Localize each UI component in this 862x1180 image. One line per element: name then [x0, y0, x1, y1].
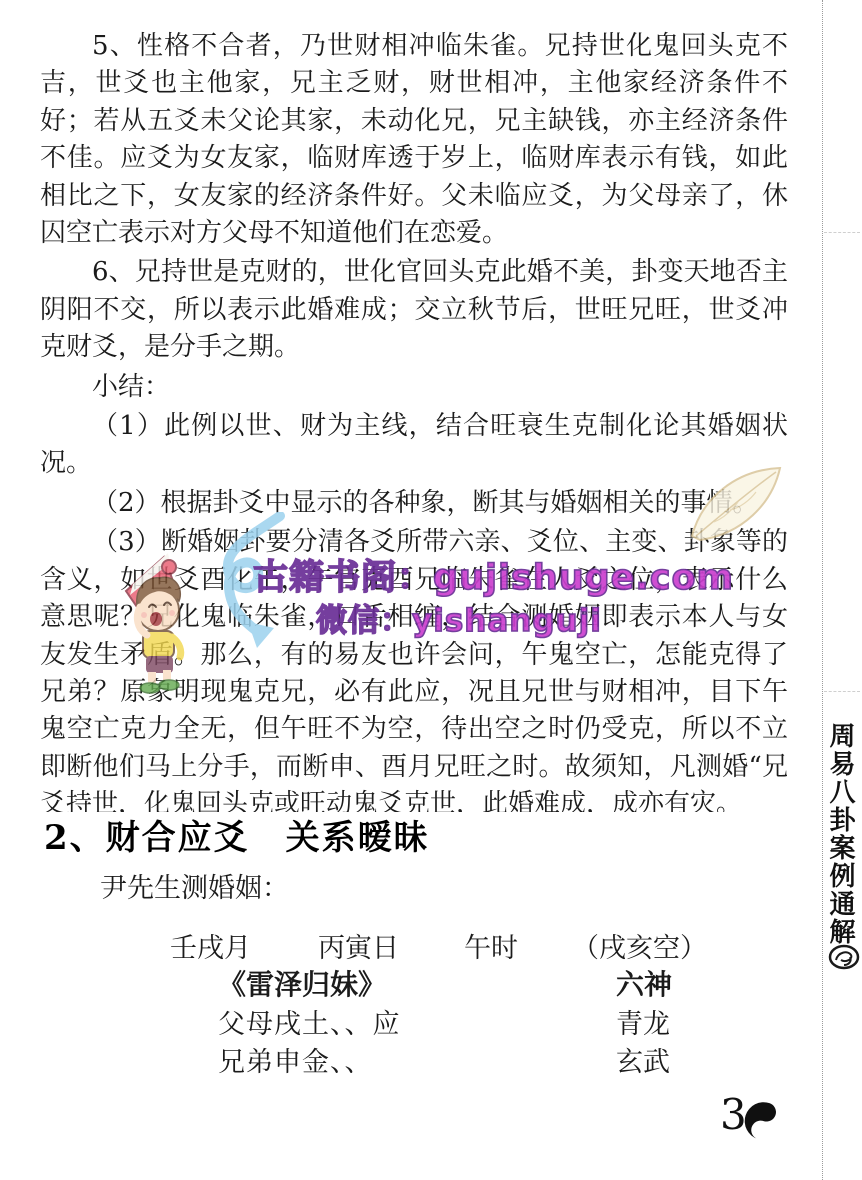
leaf-decoration-icon — [684, 458, 792, 554]
watermark-site-text: 古籍书阁：gujishuge.com — [253, 550, 734, 600]
date-cell: 壬戌月 — [170, 926, 251, 965]
yao-text: 兄弟申金、、 — [218, 1040, 373, 1079]
spine-dashed-line — [822, 0, 823, 1180]
paragraph: 6、兄持世是克财的，世化官回头克此婚不美，卦变天地否主阴阳不交，所以表示此婚难成… — [40, 254, 788, 366]
paragraph: 小结： — [40, 369, 788, 406]
hexagram-name: 《雷泽归妹》 — [218, 963, 386, 1003]
date-cell: 丙寅日 — [318, 926, 399, 965]
fold-mark — [824, 691, 860, 692]
mascot-boy-illustration — [106, 543, 218, 705]
hexagram-date-row: 壬戌月丙寅日午时（戌亥空） — [0, 926, 862, 962]
liushen-text: 青龙 — [616, 1002, 670, 1041]
paragraph: 5、性格不合者，乃世财相冲临朱雀。兄持世化鬼回头克不吉，世爻也主他家，兄主乏财，… — [40, 28, 788, 252]
paragraph: （2）根据卦爻中显示的各种象，断其与婚姻相关的事情。 — [40, 485, 788, 522]
liushen-text: 玄武 — [616, 1040, 670, 1079]
date-cell: （戌亥空） — [572, 926, 707, 965]
intro-line: 尹先生测婚姻： — [100, 866, 289, 905]
book-title-vertical: 周易八卦案例通解 — [827, 722, 859, 954]
hexagram-header-row: 《雷泽归妹》 六神 — [0, 963, 862, 1001]
section-heading: 2、财合应爻 关系暧昧 — [44, 810, 430, 859]
scanned-book-page: 5、性格不合者，乃世财相冲临朱雀。兄持世化鬼回头克不吉，世爻也主他家，兄主乏财，… — [0, 0, 862, 1180]
yao-row: 父母戌土、、应 青龙 — [0, 1002, 862, 1038]
dragon-seal-icon — [828, 944, 860, 974]
date-cell: 午时 — [464, 926, 518, 965]
yao-row: 兄弟申金、、 玄武 — [0, 1040, 862, 1076]
watermark-wechat-text: 微信：yishanguji — [316, 595, 602, 640]
yao-text: 父母戌土、、应 — [218, 1002, 401, 1041]
fold-mark — [824, 232, 860, 233]
liushen-header: 六神 — [616, 963, 672, 1003]
paragraph: （1）此例以世、财为主线，结合旺衰生克制化论其婚姻状况。 — [40, 408, 788, 483]
